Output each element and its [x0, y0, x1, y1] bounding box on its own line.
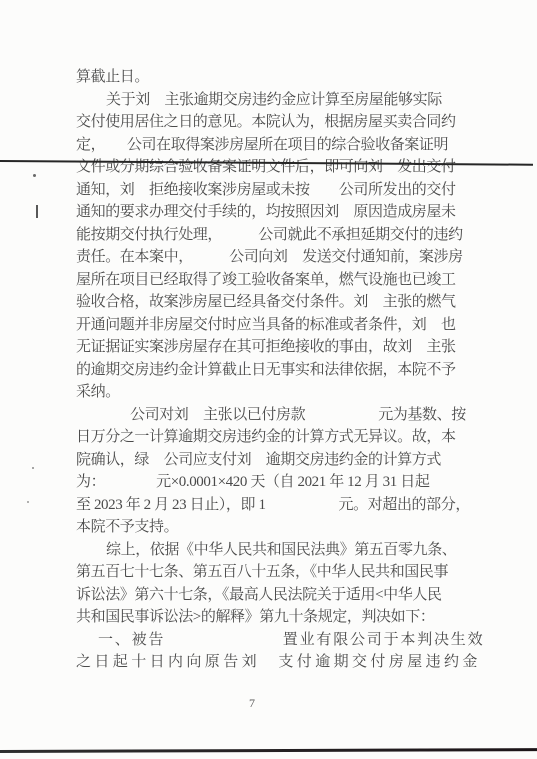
text-line: 第五百七十七条、第五百八十五条，《中华人民共和国民事: [76, 561, 496, 584]
text-line: 责任。在本案中， 公司向刘 发送交付通知前，案涉房: [76, 246, 496, 269]
text-line: 文件或分期综合验收备案证明文件后，即可向刘 发出交付: [76, 156, 496, 179]
text-line: 之日起十日内向原告刘 支付逾期交付房屋违约金: [76, 651, 496, 674]
text-line: 无证据证实案涉房屋存在其可拒绝接收的事由，故刘 主张: [76, 336, 496, 359]
text-line: 的逾期交房违约金计算截止日无事实和法律依据，本院不予: [76, 359, 496, 382]
judgment-text-block: 算截止日。 关于刘 主张逾期交房违约金应计算至房屋能够实际 交付使用居住之日的意…: [76, 66, 496, 674]
text-line: 为： 元×0.0001×420 天（自 2021 年 12 月 31 日起: [76, 471, 496, 494]
page-number: 7: [249, 696, 255, 711]
text-line: 通知的要求办理交付手续的，均按照因刘 原因造成房屋未: [76, 201, 496, 224]
text-line: 屋所在项目已经取得了竣工验收备案单，燃气设施也已竣工: [76, 269, 496, 292]
text-line: 日万分之一计算逾期交房违约金的计算方式无异议。故，本: [76, 426, 496, 449]
ink-speck: [27, 501, 29, 503]
text-line: 采纳。: [76, 381, 496, 404]
ink-speck: [32, 467, 34, 469]
text-line: 综上，依据《中华人民共和国民法典》第五百零九条、: [76, 539, 496, 562]
text-line: 共和国民事诉讼法>的解释》第九十条规定，判决如下：: [76, 606, 496, 629]
text-line: 通知，刘 拒绝接收案涉房屋或未按 公司所发出的交付: [76, 179, 496, 202]
text-line: 交付使用居住之日的意见。本院认为，根据房屋买卖合同约: [76, 111, 496, 134]
text-line: 开通问题并非房屋交付时应当具备的标准或者条件，刘 也: [76, 314, 496, 337]
ink-speck: [36, 205, 38, 218]
text-line: 能按期交付执行处理， 公司就此不承担延期交付的违约: [76, 224, 496, 247]
ink-speck: [33, 174, 36, 177]
text-line: 院确认，绿 公司应支付刘 逾期交房违约金的计算方式: [76, 449, 496, 472]
bottom-edge-artifact: [0, 748, 537, 753]
text-line: 算截止日。: [76, 66, 496, 89]
text-line: 一、被告 置业有限公司于本判决生效: [76, 629, 496, 652]
document-page: 算截止日。 关于刘 主张逾期交房违约金应计算至房屋能够实际 交付使用居住之日的意…: [0, 0, 537, 759]
text-line: 关于刘 主张逾期交房违约金应计算至房屋能够实际: [76, 89, 496, 112]
text-line: 至 2023 年 2 月 23 日止），即 1 元。对超出的部分，: [76, 494, 496, 517]
text-line: 验收合格，故案涉房屋已经具备交付条件。刘 主张的燃气: [76, 291, 496, 314]
text-line: 本院不予支持。: [76, 516, 496, 539]
text-line: 诉讼法》第六十七条，《最高人民法院关于适用<中华人民: [76, 584, 496, 607]
text-line: 定， 公司在取得案涉房屋所在项目的综合验收备案证明: [76, 134, 496, 157]
text-line: 公司对刘 主张以已付房款 元为基数、按: [76, 404, 496, 427]
